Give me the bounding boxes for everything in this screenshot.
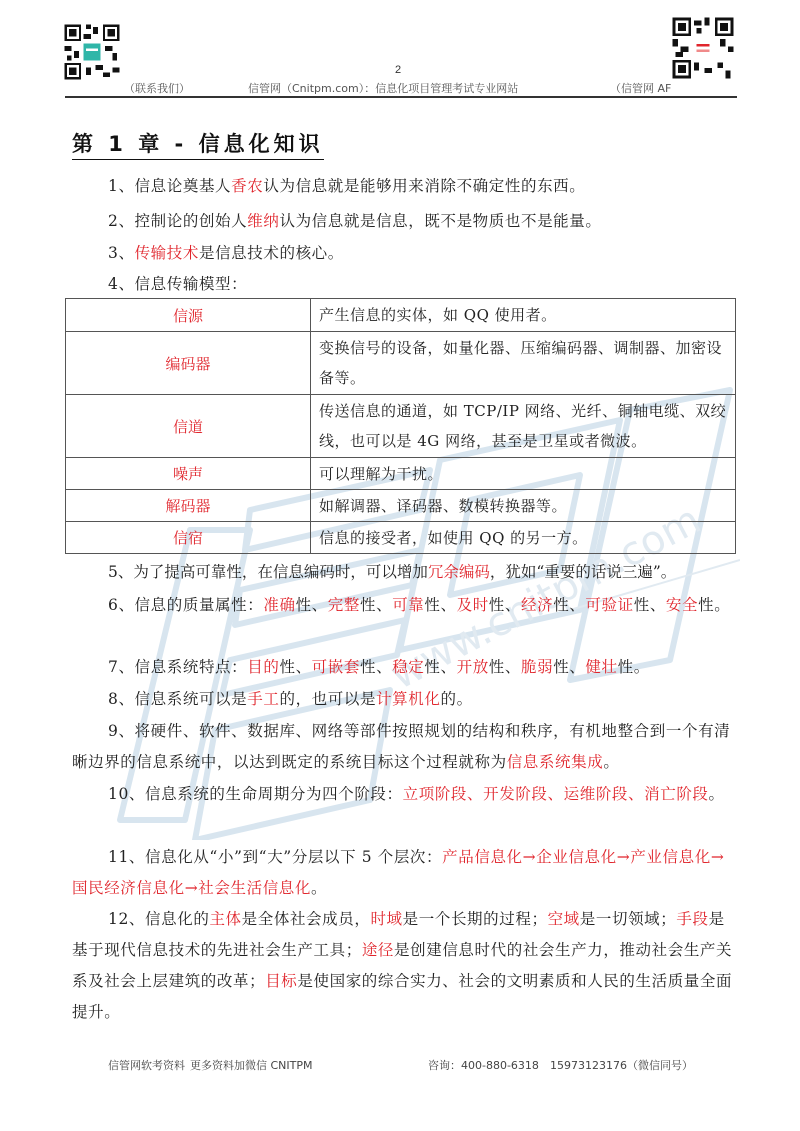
footer-mobile: 15973123176（微信同号） [550,1057,693,1073]
item-text: 是全体社会成员， [242,910,371,928]
item-text: 3、 [108,244,135,262]
highlight: 传输技术 [135,244,199,262]
info-transmission-model-table: 信源 产生信息的实体，如 QQ 使用者。 编码器 变换信号的设备，如量化器、压缩… [65,298,736,554]
highlight: 主体 [209,910,241,928]
highlight: 香农 [231,177,263,195]
item-text: ，犹如“重要的话说三遍”。 [490,563,676,581]
highlight: 脆弱 [521,658,553,676]
table-term: 信源 [66,299,311,332]
highlight: 稳定 [392,658,424,676]
footer-wechat: 更多资料加微信 CNITPM [190,1057,313,1073]
item-text: 性、 [279,658,311,676]
item-text: 6、信息的质量属性： [108,596,263,614]
item-text: 。 [709,785,725,803]
highlight: 维纳 [247,212,279,230]
table-term: 噪声 [66,458,311,490]
highlight: 计算机化 [376,690,440,708]
item-text: 认为信息就是信息，既不是物质也不是能量。 [279,212,601,230]
item-text: 。 [311,879,327,897]
footer-resources: 信管网软考资料 [108,1057,185,1073]
header-rule [65,96,737,98]
chapter-title: 第 1 章 - 信息化知识 [72,128,324,160]
table-row: 信宿 信息的接受者，如使用 QQ 的另一方。 [66,522,736,554]
item-text: 性、 [489,596,521,614]
item-1: 1、信息论奠基人香农认为信息就是能够用来消除不确定性的东西。 [72,171,736,202]
item-text: 是一切领域； [580,910,677,928]
item-6: 6、信息的质量属性：准确性、完整性、可靠性、及时性、经济性、可验证性、安全性。 [72,590,736,621]
item-9: 9、将硬件、软件、数据库、网络等部件按照规划的结构和秩序，有机地整合到一个有清晰… [72,716,736,778]
item-3: 3、传输技术是信息技术的核心。 [72,238,736,269]
item-text: 9、将硬件、软件、数据库、网络等部件按照规划的结构和秩序，有机地整合到一个有清晰… [72,722,730,771]
document-page: （联系我们） 2 信管网（Cnitpm.com）：信息化项目管理考试专业网站 （… [0,0,800,1131]
table-desc: 传送信息的通道，如 TCP/IP 网络、光纤、铜轴电缆、双绞线，也可以是 4G … [311,395,736,458]
item-text: 性、 [360,596,392,614]
highlight: 目的 [247,658,279,676]
page-number: 2 [395,64,401,76]
highlight: 途径 [362,941,394,959]
item-text: 的，也可以是 [279,690,376,708]
highlight: 可嵌套 [312,658,360,676]
table-term: 信道 [66,395,311,458]
highlight: 目标 [265,972,297,990]
highlight: 完整 [328,596,360,614]
item-text: 性、 [634,596,666,614]
header-contact-label: （联系我们） [124,80,190,96]
footer-phone: 咨询：400-880-6318 [428,1057,539,1073]
table-desc: 变换信号的设备，如量化器、压缩编码器、调制器、加密设备等。 [311,332,736,395]
table-desc: 可以理解为干扰。 [311,458,736,490]
item-7: 7、信息系统特点：目的性、可嵌套性、稳定性、开放性、脆弱性、健壮性。 [72,652,736,683]
item-text: 认为信息就是能够用来消除不确定性的东西。 [263,177,585,195]
item-5: 5、为了提高可靠性，在信息编码时，可以增加冗余编码，犹如“重要的话说三遍”。 [72,557,736,588]
highlight: 开放 [457,658,489,676]
item-text: 性、 [424,658,456,676]
item-text: 是信息技术的核心。 [199,244,344,262]
item-11: 11、信息化从“小”到“大”分层以下 5 个层次：产品信息化→企业信息化→产业信… [72,842,736,904]
table-row: 噪声 可以理解为干扰。 [66,458,736,490]
item-text: 5、为了提高可靠性，在信息编码时，可以增加 [108,563,428,581]
header-site-label: 信管网（Cnitpm.com）：信息化项目管理考试专业网站 [248,80,518,96]
item-2: 2、控制论的创始人维纳认为信息就是信息，既不是物质也不是能量。 [72,206,736,237]
table-row: 解码器 如解调器、译码器、数模转换器等。 [66,490,736,522]
item-text: 8、信息系统可以是 [108,690,247,708]
highlight: 准确 [263,596,295,614]
highlight: 手段 [676,910,708,928]
highlight: 手工 [247,690,279,708]
item-text: 性、 [360,658,392,676]
table-row: 编码器 变换信号的设备，如量化器、压缩编码器、调制器、加密设备等。 [66,332,736,395]
item-text: 10、信息系统的生命周期分为四个阶段： [108,785,403,803]
item-text: 性。 [618,658,650,676]
item-text: 的。 [440,690,472,708]
table-term: 编码器 [66,332,311,395]
item-8: 8、信息系统可以是手工的，也可以是计算机化的。 [72,684,736,715]
item-text: 。 [603,753,619,771]
highlight: 及时 [457,596,489,614]
item-text: 11、信息化从“小”到“大”分层以下 5 个层次： [108,848,442,866]
item-10: 10、信息系统的生命周期分为四个阶段：立项阶段、开发阶段、运维阶段、消亡阶段。 [72,779,736,810]
item-text: 性、 [553,658,585,676]
highlight: 时域 [370,910,402,928]
item-text: 4、信息传输模型： [108,275,247,293]
highlight: 冗余编码 [428,563,490,581]
highlight: 信息系统集成 [507,753,604,771]
item-text: 1、信息论奠基人 [108,177,231,195]
table-term: 解码器 [66,490,311,522]
table-term: 信宿 [66,522,311,554]
table-desc: 信息的接受者，如使用 QQ 的另一方。 [311,522,736,554]
highlight: 可靠 [392,596,424,614]
item-text: 7、信息系统特点： [108,658,247,676]
highlight: 经济 [521,596,553,614]
table-row: 信道 传送信息的通道，如 TCP/IP 网络、光纤、铜轴电缆、双绞线，也可以是 … [66,395,736,458]
highlight: 立项阶段、开发阶段、运维阶段、消亡阶段 [403,785,709,803]
table-desc: 如解调器、译码器、数模转换器等。 [311,490,736,522]
item-text: 12、信息化的 [108,910,209,928]
item-4: 4、信息传输模型： [72,269,736,300]
item-text: 性。 [698,596,730,614]
item-text: 性、 [424,596,456,614]
table-desc: 产生信息的实体，如 QQ 使用者。 [311,299,736,332]
item-text: 是一个长期的过程； [403,910,548,928]
table-row: 信源 产生信息的实体，如 QQ 使用者。 [66,299,736,332]
item-text: 性、 [296,596,328,614]
item-text: 2、控制论的创始人 [108,212,247,230]
highlight: 健壮 [585,658,617,676]
highlight: 可验证 [585,596,633,614]
item-text: 性、 [553,596,585,614]
item-12: 12、信息化的主体是全体社会成员，时域是一个长期的过程；空域是一切领域；手段是基… [72,904,736,1028]
header-app-label: （信管网 AF [610,80,671,96]
item-text: 性、 [489,658,521,676]
qr-code-contact-icon [62,22,122,82]
highlight: 空域 [548,910,580,928]
qr-code-app-icon [670,15,736,81]
highlight: 安全 [666,596,698,614]
